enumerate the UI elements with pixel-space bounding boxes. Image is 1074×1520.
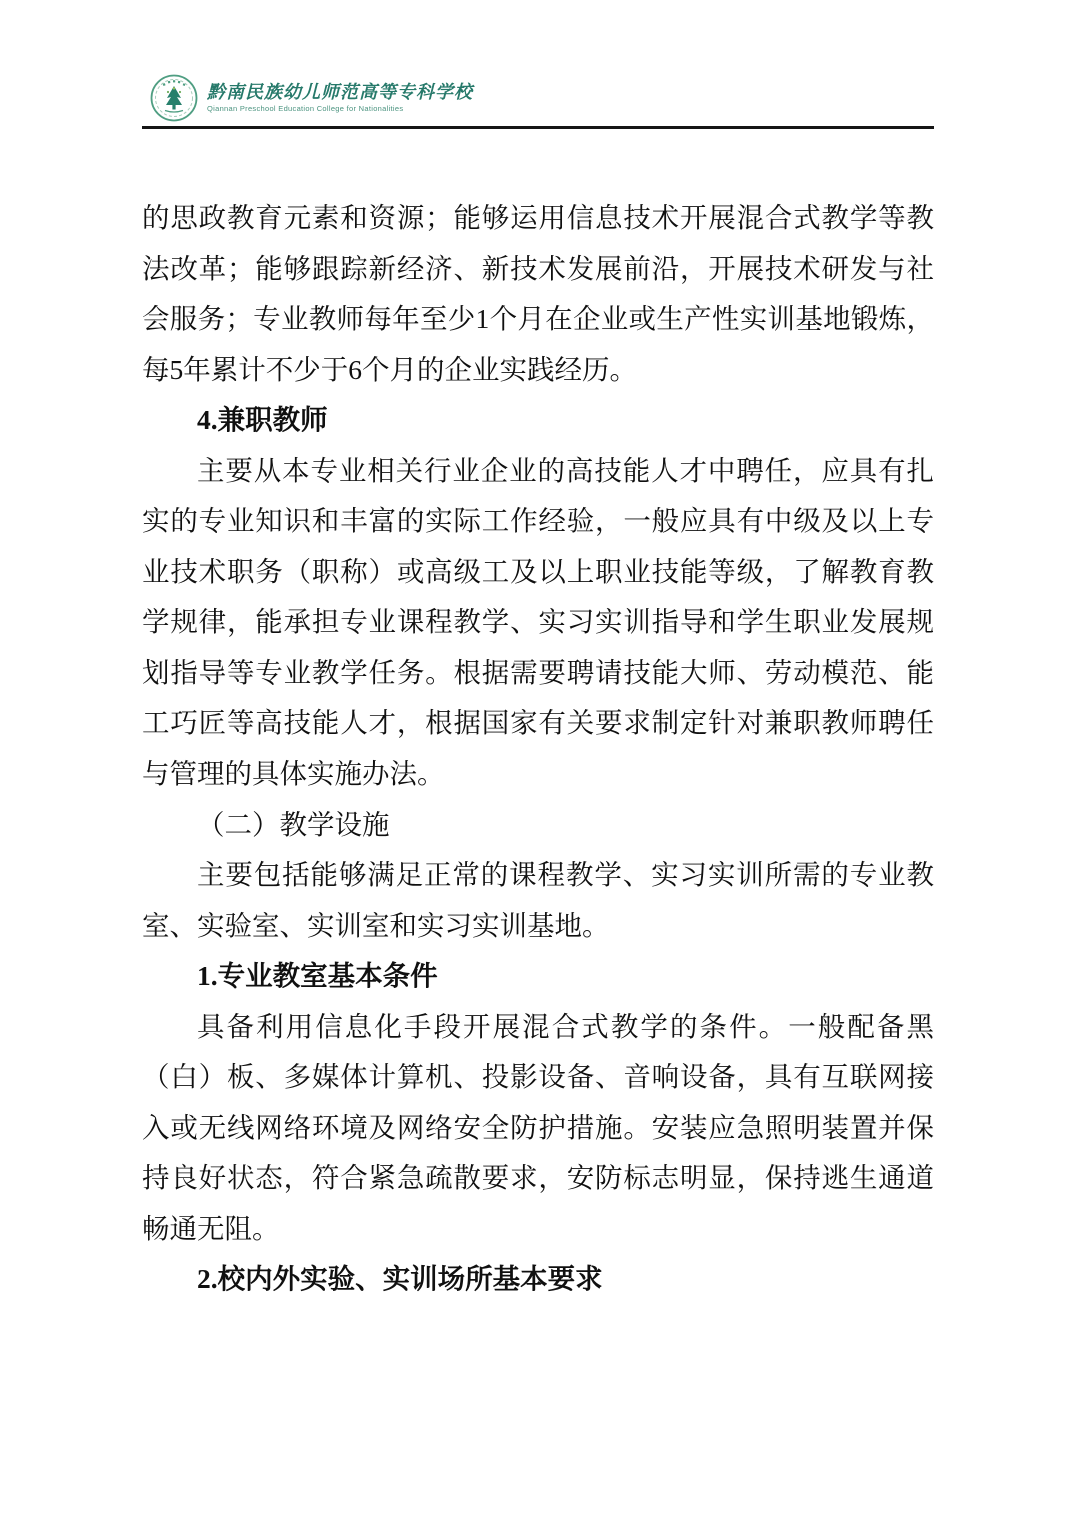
- section-heading: 4.兼职教师: [142, 395, 934, 446]
- text-line: （白）板、多媒体计算机、投影设备、音响设备，具有互联网接: [142, 1052, 934, 1103]
- school-emblem-icon: [150, 74, 198, 122]
- page-header: 黔南民族幼儿师范高等专科学校 Qiannan Preschool Educati…: [150, 74, 473, 122]
- school-title-block: 黔南民族幼儿师范高等专科学校 Qiannan Preschool Educati…: [207, 74, 473, 113]
- text-line: 与管理的具体实施办法。: [142, 749, 934, 800]
- text-line: 的思政教育元素和资源；能够运用信息技术开展混合式教学等教: [142, 193, 934, 244]
- section-heading: 2.校内外实验、实训场所基本要求: [142, 1254, 934, 1305]
- section-heading: 1.专业教室基本条件: [142, 951, 934, 1002]
- header-divider: [142, 126, 934, 129]
- text-line: 室、实验室、实训室和实习实训基地。: [142, 901, 934, 952]
- text-line: 畅通无阻。: [142, 1204, 934, 1255]
- text-line: 具备利用信息化手段开展混合式教学的条件。一般配备黑: [142, 1002, 934, 1053]
- school-name-chinese: 黔南民族幼儿师范高等专科学校: [207, 82, 473, 102]
- text-line: 业技术职务（职称）或高级工及以上职业技能等级，了解教育教: [142, 547, 934, 598]
- text-line: 入或无线网络环境及网络安全防护措施。安装应急照明装置并保: [142, 1103, 934, 1154]
- text-line: 主要从本专业相关行业企业的高技能人才中聘任，应具有扎: [142, 446, 934, 497]
- text-line: 实的专业知识和丰富的实际工作经验，一般应具有中级及以上专: [142, 496, 934, 547]
- school-name-english: Qiannan Preschool Education College for …: [207, 104, 473, 113]
- document-body: 的思政教育元素和资源；能够运用信息技术开展混合式教学等教法改革；能够跟踪新经济、…: [142, 193, 934, 1305]
- text-line: 主要包括能够满足正常的课程教学、实习实训所需的专业教: [142, 850, 934, 901]
- text-line: 会服务；专业教师每年至少1个月在企业或生产性实训基地锻炼，: [142, 294, 934, 345]
- text-line: （二）教学设施: [142, 800, 934, 851]
- text-line: 工巧匠等高技能人才，根据国家有关要求制定针对兼职教师聘任: [142, 698, 934, 749]
- text-line: 每5年累计不少于6个月的企业实践经历。: [142, 345, 934, 396]
- text-line: 学规律，能承担专业课程教学、实习实训指导和学生职业发展规: [142, 597, 934, 648]
- document-page: 黔南民族幼儿师范高等专科学校 Qiannan Preschool Educati…: [0, 0, 1074, 1520]
- text-line: 法改革；能够跟踪新经济、新技术发展前沿，开展技术研发与社: [142, 244, 934, 295]
- text-line: 持良好状态，符合紧急疏散要求，安防标志明显，保持逃生通道: [142, 1153, 934, 1204]
- text-line: 划指导等专业教学任务。根据需要聘请技能大师、劳动模范、能: [142, 648, 934, 699]
